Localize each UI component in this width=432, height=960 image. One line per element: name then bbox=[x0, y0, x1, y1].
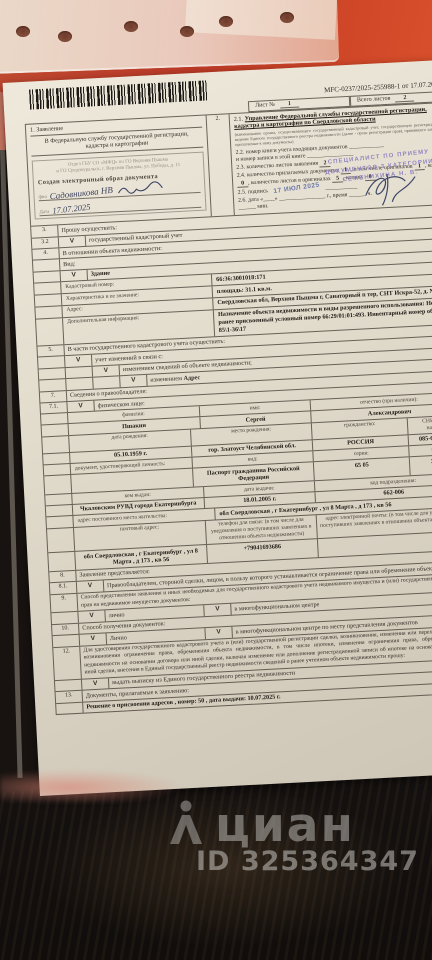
empty-num-cell bbox=[34, 283, 62, 295]
sec8-sub-num: 8.1. bbox=[50, 582, 78, 594]
sec8-num: 8. bbox=[49, 571, 77, 583]
empty-num-cell bbox=[56, 702, 84, 714]
empty-num-cell bbox=[45, 494, 72, 505]
empty-num-cell bbox=[48, 552, 76, 571]
empty-num-cell bbox=[55, 680, 83, 692]
sec1-cell: 1. Заявление В Федеральную службу госуда… bbox=[26, 115, 212, 225]
sec7-num: 7. bbox=[40, 391, 68, 403]
empty-num-cell bbox=[39, 379, 67, 391]
sec13-num: 13. bbox=[56, 691, 84, 703]
checkbox-changes: V bbox=[65, 355, 93, 367]
signature-icon bbox=[116, 180, 165, 195]
photo-of-application-form: { "photo": { "watermark_brand": "циан", … bbox=[0, 0, 432, 960]
checkbox-in-person: V bbox=[78, 611, 106, 623]
sec3-num: 3. bbox=[31, 225, 59, 237]
form-table: 1. Заявление В Федеральную службу госуда… bbox=[25, 102, 432, 716]
address-change-value: Адрес bbox=[183, 374, 200, 382]
empty-num-cell bbox=[33, 260, 61, 272]
sec4-num: 4. bbox=[32, 248, 60, 260]
cian-logo-icon bbox=[166, 800, 206, 844]
sleeve-hole-icon bbox=[124, 21, 138, 32]
checkbox-object-info-change: V bbox=[93, 365, 121, 377]
address-change-prefix: изменением bbox=[150, 375, 182, 384]
total-sheets-label: Всего листов bbox=[357, 96, 391, 105]
sleeve-hole-icon bbox=[58, 31, 72, 42]
sleeve-hole-icon bbox=[219, 16, 233, 27]
sleeve-hole-icon bbox=[16, 26, 30, 37]
empty-num-cell bbox=[35, 306, 63, 318]
sheet-number-label: Лист № bbox=[255, 102, 275, 110]
empty-num-cell bbox=[46, 505, 74, 517]
empty-num-cell bbox=[38, 356, 66, 368]
mfc-office-stamp: Отдел ГБУ СО «МФЦ» по ГО Верхняя Пышма и… bbox=[32, 152, 207, 219]
checkbox-rightsholder: V bbox=[77, 581, 105, 593]
sleeve-hole-icon bbox=[280, 12, 294, 23]
sec10-num: 10. bbox=[52, 624, 80, 636]
number-label: номер: bbox=[409, 444, 432, 457]
number-value: 352798 bbox=[410, 454, 432, 475]
sec9-num: 9. bbox=[50, 594, 78, 613]
pink-smudge bbox=[0, 770, 180, 802]
empty-num-cell bbox=[53, 635, 81, 647]
checkbox-receive-mfc: V bbox=[205, 627, 233, 639]
empty-num-cell bbox=[44, 475, 72, 494]
sec7-sub-num: 7.1. bbox=[40, 402, 68, 414]
empty-num-cell bbox=[46, 516, 74, 528]
sec12-num: 12. bbox=[53, 646, 82, 680]
sec2-cell: 2.1. Управление Федеральной службы госуд… bbox=[230, 103, 432, 216]
checkbox-receive-in-person: V bbox=[80, 634, 108, 646]
snils-label: СНИЛС (при наличии): bbox=[408, 415, 432, 435]
checkbox-address-change: V bbox=[120, 375, 148, 387]
cian-watermark: циан bbox=[166, 800, 355, 844]
application-form-paper: MFC-0237/2025-255988-1 от 17.07.2025 г. … bbox=[3, 59, 432, 796]
p24-copies-value: 0 bbox=[237, 180, 248, 188]
sec5-num: 5. bbox=[37, 345, 65, 357]
sleeve-hole-icon bbox=[180, 26, 194, 37]
date-label: Дата bbox=[39, 209, 49, 215]
empty-num-cell bbox=[44, 464, 71, 475]
p25-text: 2.5. подпись bbox=[238, 188, 269, 196]
indent-cell bbox=[66, 378, 94, 390]
sec3-sub-num: 3.2 bbox=[32, 237, 60, 249]
snils-value: 085-677-019 07 bbox=[409, 432, 432, 446]
empty-num-cell bbox=[35, 294, 63, 306]
indent-cell bbox=[93, 376, 121, 388]
indent-cell bbox=[66, 366, 94, 378]
handwritten-date: 17.07.2025 bbox=[52, 201, 91, 215]
empty-num-cell bbox=[41, 413, 68, 424]
p21-num: 2.1. bbox=[234, 115, 244, 122]
checkbox-mfc: V bbox=[204, 604, 232, 616]
empty-num-cell bbox=[43, 453, 71, 465]
checkbox-egrn-extract: V bbox=[82, 678, 110, 690]
checkbox-cadastral-registration: V bbox=[59, 235, 87, 247]
watermark-id-text: ID 325364347 bbox=[196, 846, 419, 877]
row-sec1-sec2: 1. Заявление В Федеральную службу госуда… bbox=[26, 103, 432, 226]
empty-num-cell bbox=[42, 436, 70, 454]
checkbox-individual: V bbox=[67, 401, 95, 413]
total-sheets-value: 2 bbox=[395, 95, 414, 103]
fio-label: фио bbox=[39, 194, 48, 199]
checkbox-building: V bbox=[61, 270, 89, 282]
empty-num-cell bbox=[34, 271, 62, 283]
empty-num-cell bbox=[47, 528, 75, 552]
sec1-title-text: Заявление bbox=[36, 125, 63, 133]
watermark-brand-text: циан bbox=[215, 808, 355, 844]
sec1-num: 1. bbox=[30, 126, 35, 133]
empty-num-cell bbox=[39, 368, 67, 380]
empty-num-cell bbox=[42, 424, 70, 436]
empty-num-cell bbox=[51, 612, 79, 624]
empty-num-cell bbox=[36, 318, 64, 346]
sheet-number-value: 1 bbox=[280, 101, 299, 109]
signature-icon bbox=[359, 170, 419, 207]
